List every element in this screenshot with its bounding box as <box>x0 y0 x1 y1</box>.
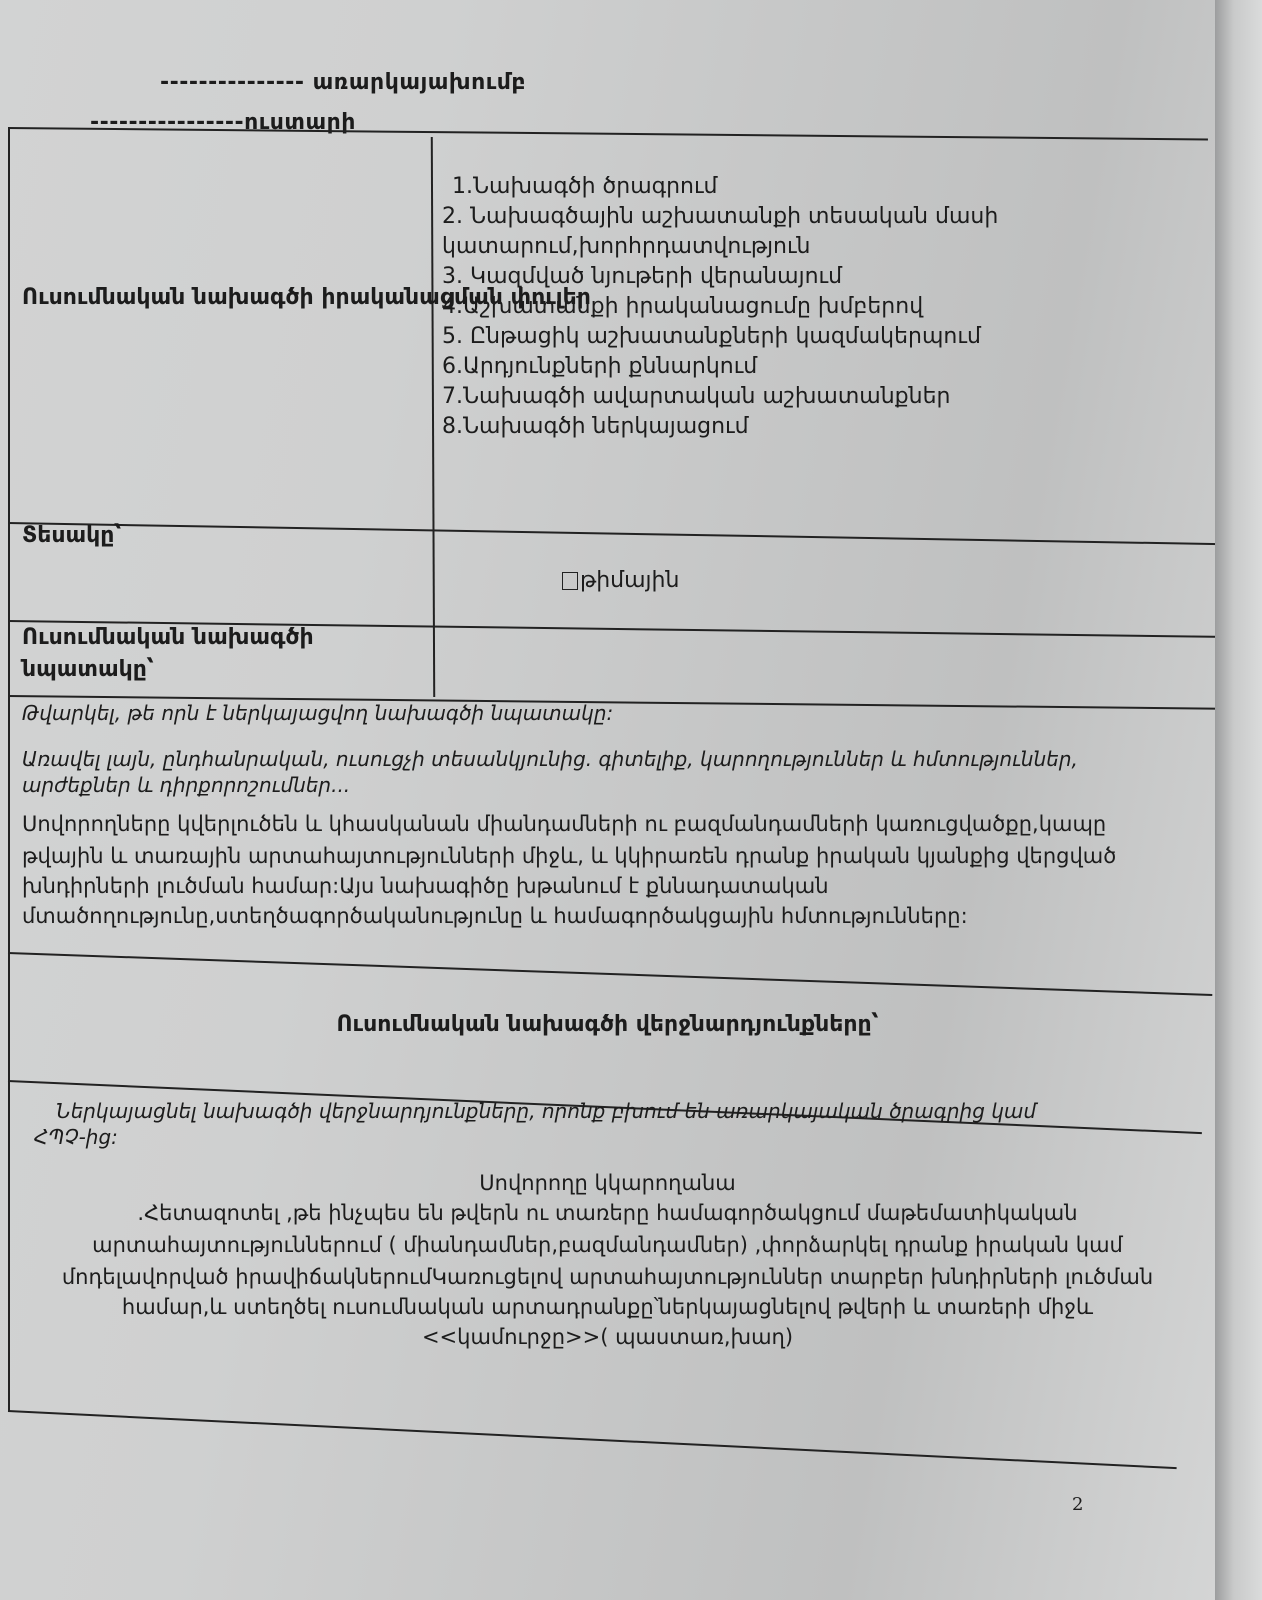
phase-item: 4.Աշխատանքի իրականացումը խմբերով <box>442 292 998 322</box>
results-instruction-line: ՀՊՉ-ից: <box>34 1124 118 1150</box>
phase-item: 5. Ընթացիկ աշխատանքների կազմակերպում <box>442 322 998 352</box>
team-type-option[interactable]: թիմային <box>562 568 679 593</box>
results-instruction-line: Ներկայացնել նախագծի վերջնարդյունքները, ո… <box>56 1098 1036 1124</box>
goal-label: Ուսումնական նախագծի նպատակը՝ <box>22 622 422 686</box>
goal-instruction: Թվարկել, թե որն է ներկայացվող նախագծի նպ… <box>22 700 613 726</box>
phase-item: 8.Նախագծի ներկայացում <box>442 412 998 442</box>
phases-list: 1.Նախագծի ծրագրում 2. Նախագծային աշխատան… <box>442 172 998 442</box>
page-number: 2 <box>1072 1494 1083 1515</box>
goal-hint-line: արժեքներ և դիրքորոշումներ... <box>22 772 350 798</box>
goal-text-line: մտածողությունը,ստեղծագործականությունը և … <box>22 902 968 930</box>
row-divider-phases <box>8 522 1233 545</box>
goal-text-line: խնդիրների լուծման համար:Այս նախագիծը խթա… <box>22 872 829 900</box>
goal-text-line: Սովորողները կվերլուծեն և կհասկանան միանդ… <box>22 810 1106 838</box>
phase-item: 2. Նախագծային աշխատանքի տեսական մասի <box>442 202 998 232</box>
next-page-edge <box>1215 0 1262 1600</box>
phase-item: 3. Կազմված նյութերի վերանայում <box>442 262 998 292</box>
document-page: --------------- առարկայախումբ ----------… <box>0 0 1215 1600</box>
results-text-line: <<կամուրջը>>( պաստառ,խաղ) <box>0 1322 1215 1352</box>
phase-item: կատարում,խորհրդատվություն <box>442 232 998 262</box>
results-text-line: .Հետազոտել ,թե ինչպես են թվերն ու տառերը… <box>0 1198 1215 1228</box>
results-text-line: մոդելավորված իրավիճակներումԿառուցելով ար… <box>0 1262 1215 1292</box>
phase-item: 7.Նախագծի ավարտական աշխատանքներ <box>442 382 998 412</box>
goal-text-line: թվային և տառային արտահայտությունների միջ… <box>22 842 1116 870</box>
row-divider-goal-text <box>8 952 1212 996</box>
table-border-bottom <box>8 1410 1177 1469</box>
table-column-divider <box>431 137 435 697</box>
subject-group-line: --------------- առարկայախումբ <box>160 70 526 95</box>
type-label: Տեսակը՝ <box>22 520 121 552</box>
results-title: Ուսումնական նախագծի վերջնարդյունքները՝ <box>0 1012 1215 1037</box>
checkbox-icon[interactable] <box>562 572 578 590</box>
goal-value-field[interactable] <box>436 630 1216 690</box>
team-type-label: թիմային <box>580 568 679 593</box>
results-text-line: համար,և ստեղծել ուսումնական արտադրանքը՝ն… <box>0 1292 1215 1322</box>
results-text-line: Սովորողը կկարողանա <box>0 1168 1215 1198</box>
phase-item: 1.Նախագծի ծրագրում <box>442 172 998 202</box>
results-text-line: արտահայտություններում ( միանդամներ,բազմա… <box>0 1230 1215 1260</box>
goal-hint-line: Առավել լայն, ընդհանրական, ուսուցչի տեսան… <box>22 746 1078 772</box>
phase-item: 6.Արդյունքների քննարկում <box>442 352 998 382</box>
